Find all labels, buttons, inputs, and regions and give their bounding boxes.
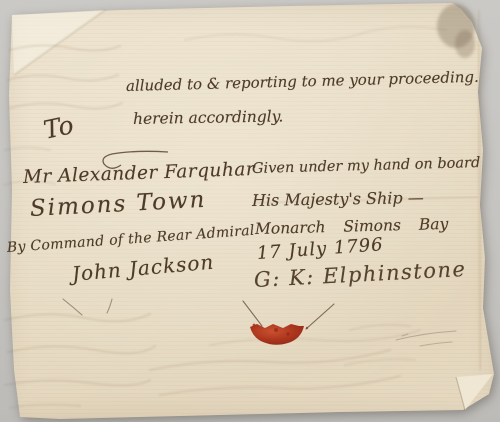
attestation-line-2: His Majesty's Ship —	[252, 188, 424, 210]
salutation-to: To	[41, 110, 76, 145]
letter-body-line-2: herein accordingly.	[133, 107, 284, 128]
document-photo: alluded to & reporting to me your procee…	[0, 0, 500, 422]
